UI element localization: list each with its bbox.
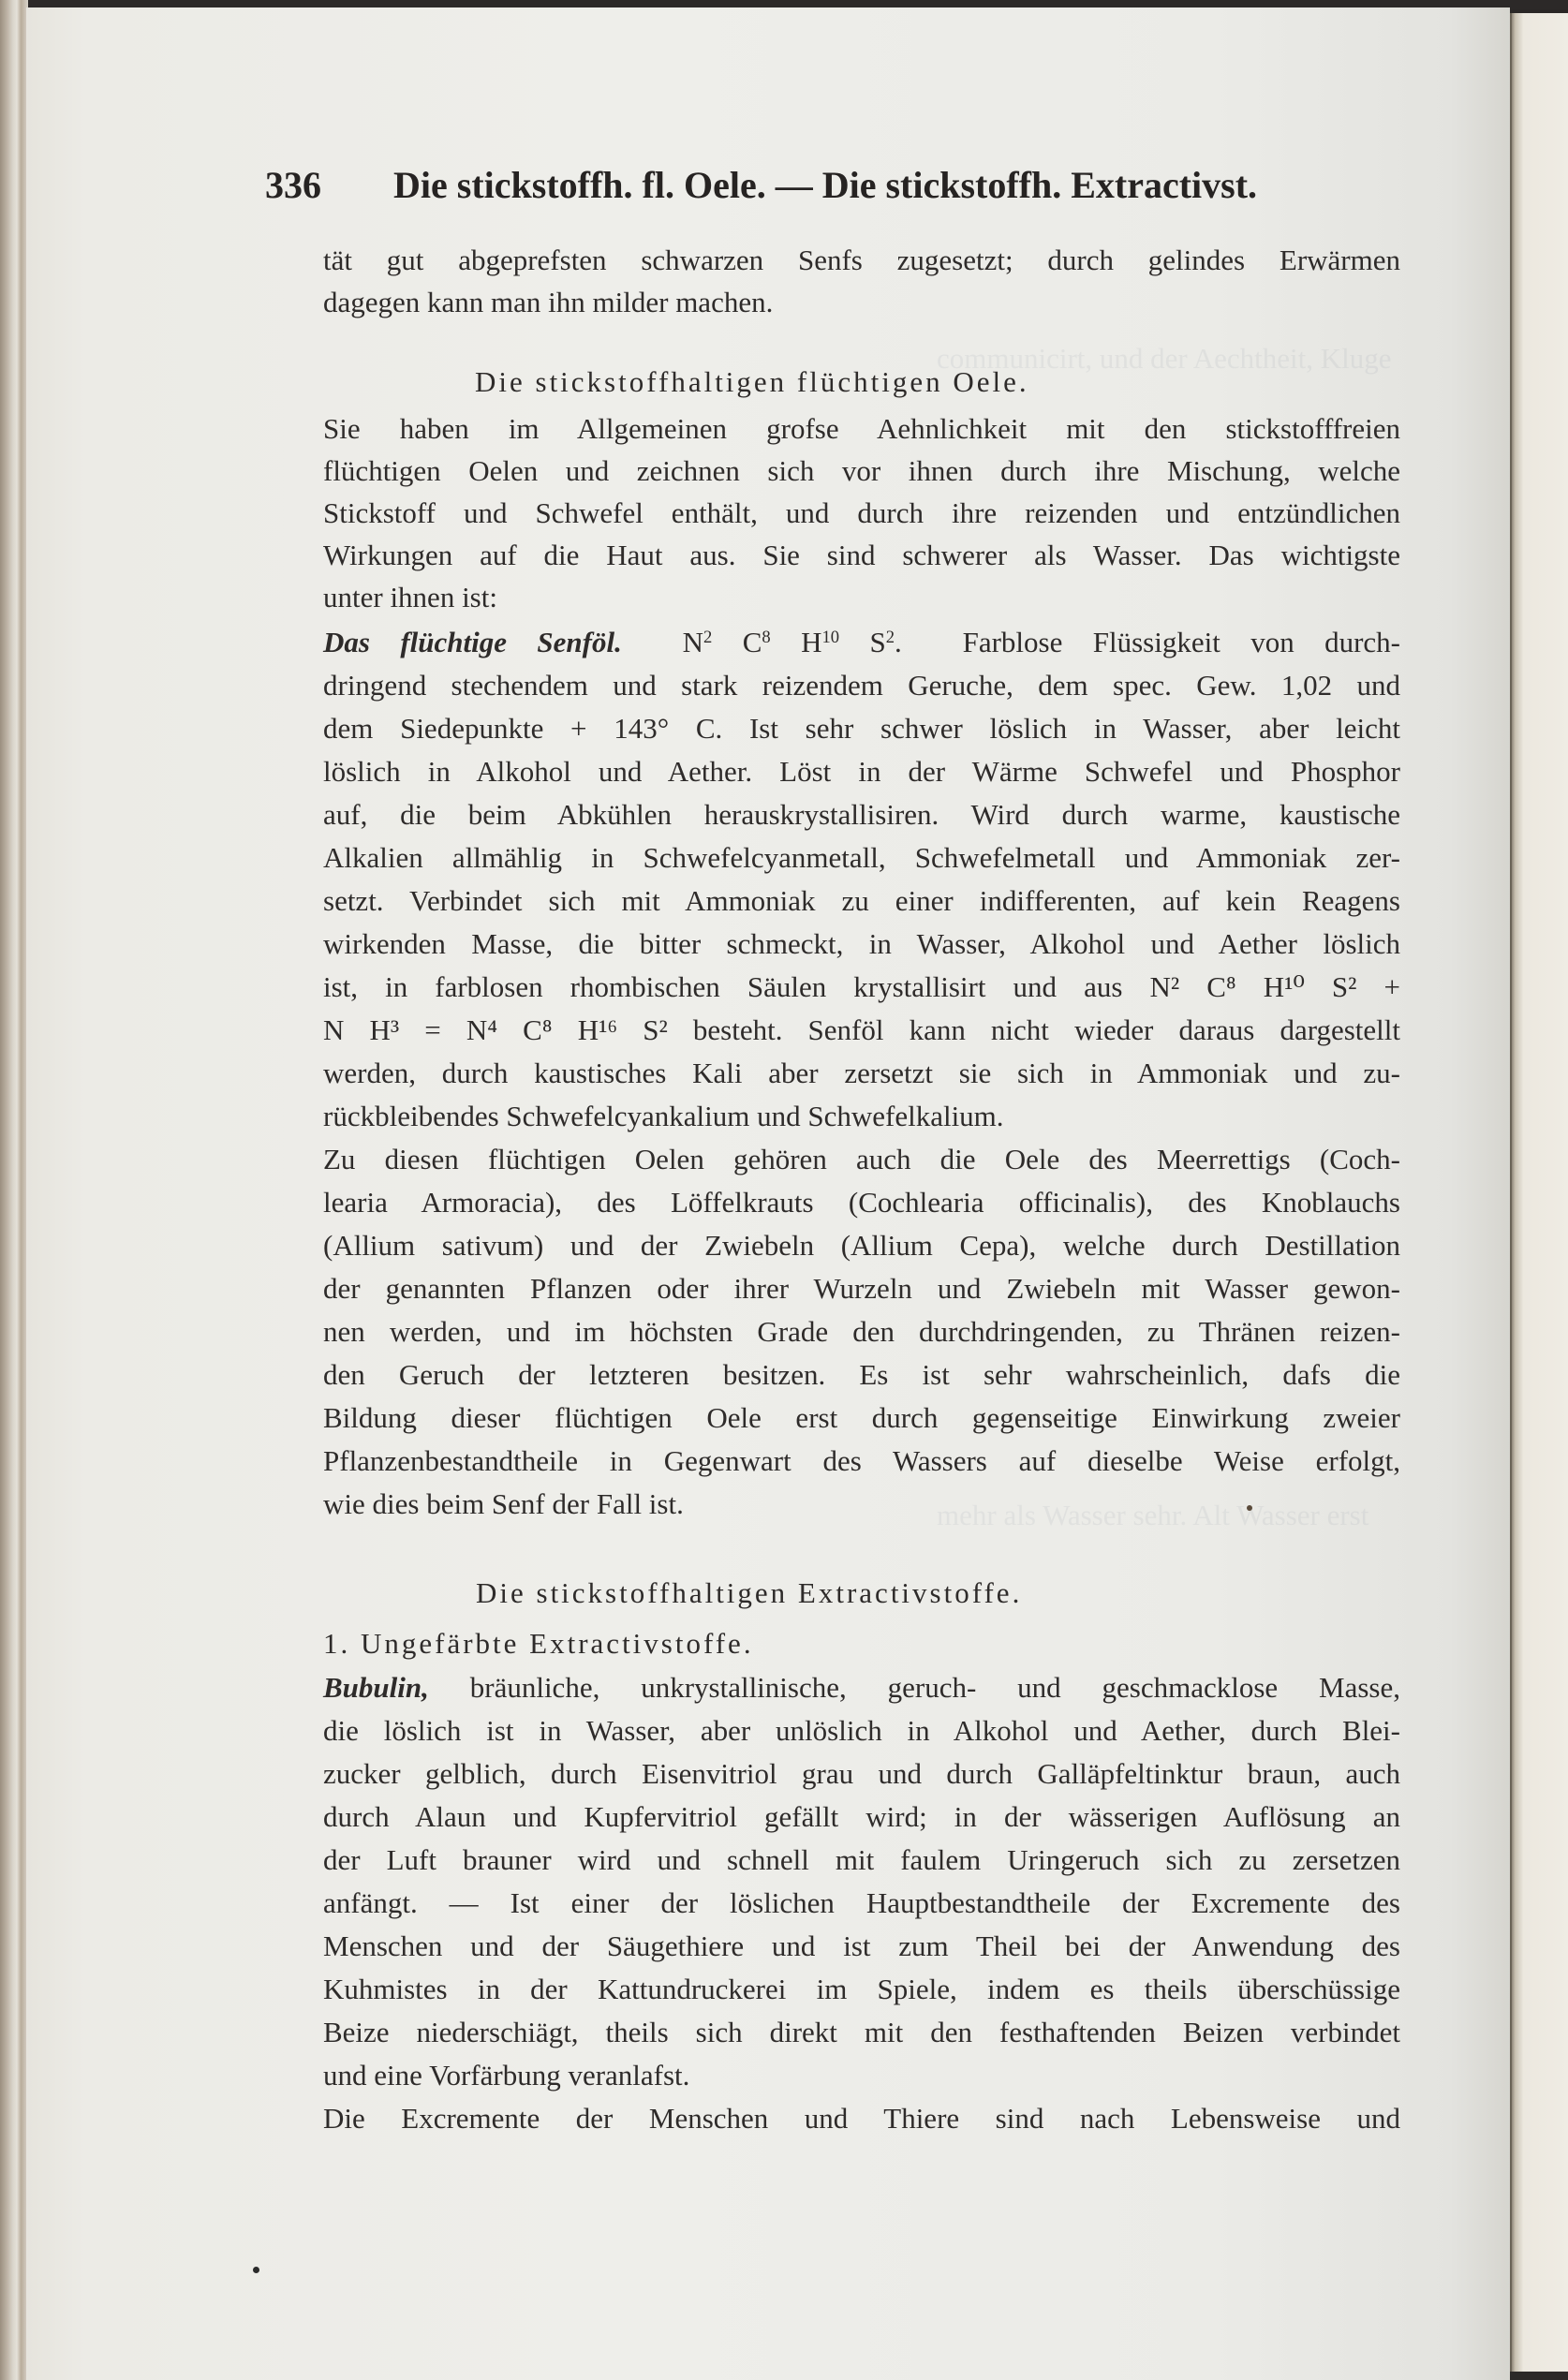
body-line-text: Farblose Flüssigkeit von durch-	[963, 626, 1400, 658]
body-line: und eine Vorfärbung veranlafst.	[323, 2059, 689, 2092]
body-line: werden, durch kaustisches Kali aber zers…	[323, 1057, 1400, 1090]
formula: N2 C8 H10 S2.	[683, 626, 902, 658]
body-line: wie dies beim Senf der Fall ist.	[323, 1487, 684, 1521]
section-heading: Die stickstoffhaltigen Extractivstoffe.	[476, 1576, 1022, 1610]
body-line: der genannten Pflanzen oder ihrer Wurzel…	[323, 1272, 1400, 1306]
section-heading: Die stickstoffhaltigen flüchtigen Oele.	[475, 365, 1029, 399]
body-line: die löslich ist in Wasser, aber unlöslic…	[323, 1714, 1400, 1748]
ink-speck	[1247, 1505, 1252, 1511]
subsection-heading: 1. Ungefärbte Extractivstoffe.	[323, 1627, 754, 1661]
body-line: dagegen kann man ihn milder machen.	[323, 286, 773, 319]
body-line: der Luft brauner wird und schnell mit fa…	[323, 1843, 1400, 1877]
body-line: Die Excremente der Menschen und Thiere s…	[323, 2102, 1400, 2136]
body-line: Das flüchtige Senföl. N2 C8 H10 S2. Farb…	[323, 626, 1400, 659]
body-line: Bildung dieser flüchtigen Oele erst durc…	[323, 1401, 1400, 1435]
bleed-through: mehr als Wasser sehr. Alt Wasser erst	[937, 1499, 1368, 1532]
body-line: Beize niederschiägt, theils sich direkt …	[323, 2016, 1400, 2049]
body-line: flüchtigen Oelen und zeichnen sich vor i…	[323, 454, 1400, 488]
term-name: Das flüchtige Senföl.	[323, 626, 622, 658]
body-line: löslich in Alkohol und Aether. Löst in d…	[323, 755, 1400, 789]
ink-speck	[253, 2267, 259, 2273]
body-line-text: bräunliche, unkrystallinische, geruch- u…	[470, 1671, 1400, 1704]
body-line-text: Sie haben im Allgemeinen grofse Aehnlich…	[323, 412, 1400, 445]
body-line: Wirkungen auf die Haut aus. Sie sind sch…	[323, 539, 1400, 572]
body-line: Kuhmistes in der Kattundruckerei im Spie…	[323, 1973, 1400, 2006]
body-line: learia Armoracia), des Löffelkrauts (Coc…	[323, 1186, 1400, 1220]
body-line: Bubulin, bräunliche, unkrystallinische, …	[323, 1671, 1400, 1705]
body-line: tät gut abgeprefsten schwarzen Senfs zug…	[323, 244, 1400, 277]
body-line: Stickstoff und Schwefel enthält, und dur…	[323, 496, 1400, 530]
body-line: (Allium sativum) und der Zwiebeln (Alliu…	[323, 1229, 1400, 1263]
body-line: nen werden, und im höchsten Grade den du…	[323, 1315, 1400, 1349]
body-line: Zu diesen flüchtigen Oelen gehören auch …	[323, 1143, 1400, 1176]
body-line: Alkalien allmählig in Schwefelcyanmetall…	[323, 841, 1400, 875]
page-stack-edge	[0, 0, 28, 2380]
body-line: anfängt. — Ist einer der löslichen Haupt…	[323, 1886, 1400, 1920]
body-line: ist, in farblosen rhombischen Säulen kry…	[323, 970, 1400, 1004]
body-line: auf, die beim Abkühlen herauskrystallisi…	[323, 798, 1400, 832]
body-line: dem Siedepunkte + 143° C. Ist sehr schwe…	[323, 712, 1400, 746]
page-number: 336	[265, 169, 321, 202]
body-line: setzt. Verbindet sich mit Ammoniak zu ei…	[323, 884, 1400, 918]
body-line: N H³ = N⁴ C⁸ H¹⁶ S² besteht. Senföl kann…	[323, 1013, 1400, 1047]
body-line: wirkenden Masse, die bitter schmeckt, in…	[323, 927, 1400, 961]
adjacent-page-edge	[1510, 13, 1568, 2380]
term-name: Bubulin,	[323, 1671, 429, 1704]
body-line: rückbleibendes Schwefelcyankalium und Sc…	[323, 1100, 1004, 1133]
body-line: Menschen und der Säugethiere und ist zum…	[323, 1929, 1400, 1963]
body-line: Sie haben im Allgemeinen grofse Aehnlich…	[323, 412, 1400, 446]
body-line: durch Alaun und Kupfervitriol gefällt wi…	[323, 1800, 1400, 1834]
body-line: den Geruch der letzteren besitzen. Es is…	[323, 1358, 1400, 1392]
body-line: dringend stechendem und stark reizendem …	[323, 669, 1400, 702]
running-header-title: Die stickstoffh. fl. Oele. — Die stickst…	[393, 169, 1269, 202]
body-line: unter ihnen ist:	[323, 581, 497, 614]
body-line: Pflanzenbestandtheile in Gegenwart des W…	[323, 1444, 1400, 1478]
body-line: zucker gelblich, durch Eisenvitriol grau…	[323, 1757, 1400, 1791]
